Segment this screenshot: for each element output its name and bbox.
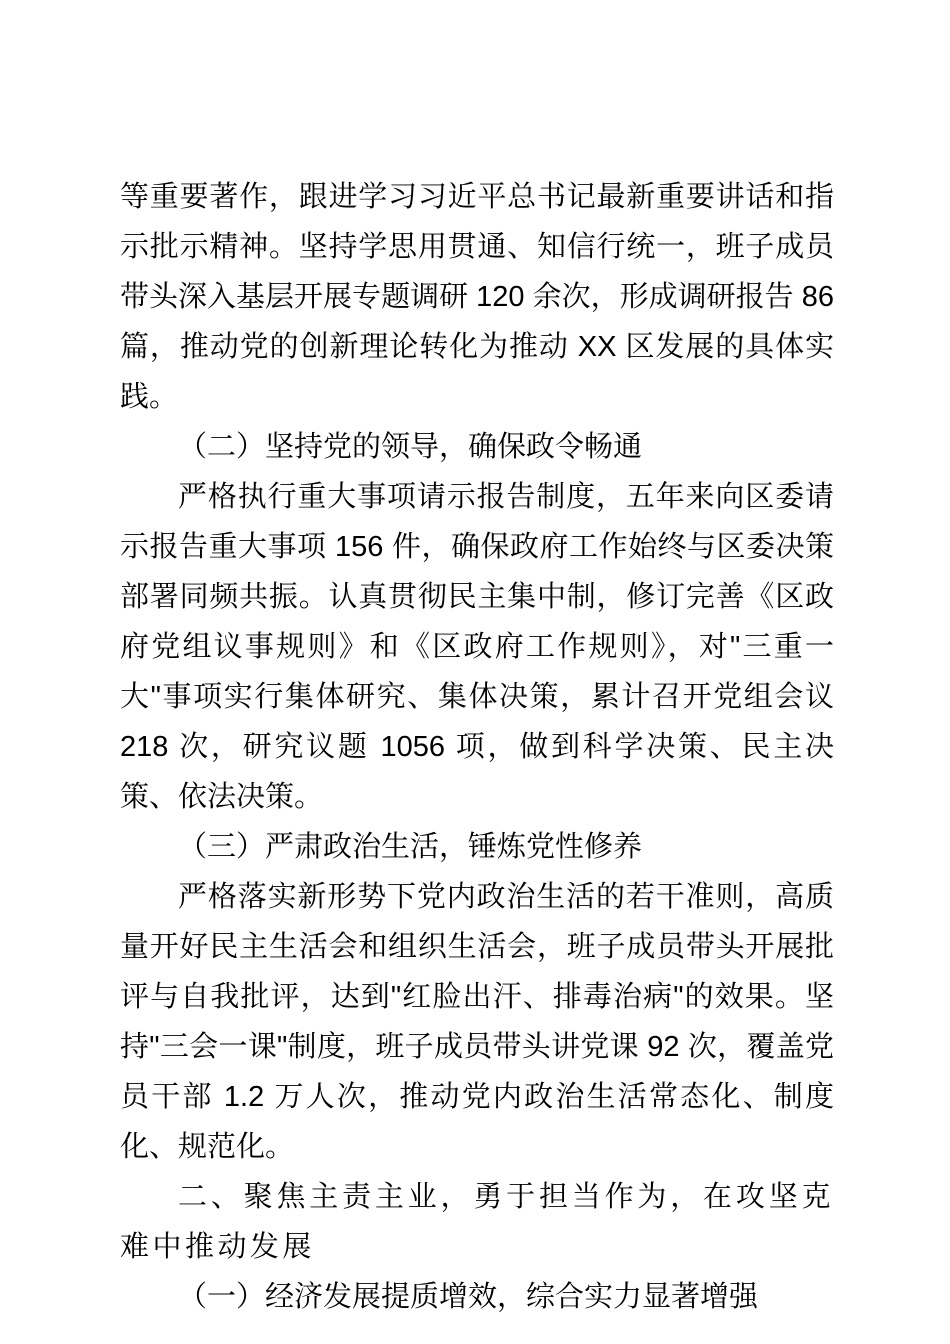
paragraph-body-political-life: 严格落实新形势下党内政治生活的若干准则，高质量开好民主生活会和组织生活会，班子成…: [120, 872, 834, 1172]
document-text-block: 等重要著作，跟进学习习近平总书记最新重要讲话和指示批示精神。坚持学思用贯通、知信…: [120, 172, 834, 1322]
heading-section-2: 二、聚焦主责主业，勇于担当作为，在攻坚克难中推动发展: [120, 1172, 834, 1272]
heading-subsection-2: （二）坚持党的领导，确保政令畅通: [120, 422, 834, 472]
heading-subsection-1: （一）经济发展提质增效，综合实力显著增强: [120, 1272, 834, 1322]
paragraph-body-party-leadership: 严格执行重大事项请示报告制度，五年来向区委请示报告重大事项 156 件，确保政府…: [120, 472, 834, 822]
heading-subsection-3: （三）严肃政治生活，锤炼党性修养: [120, 822, 834, 872]
paragraph-body-continuation: 等重要著作，跟进学习习近平总书记最新重要讲话和指示批示精神。坚持学思用贯通、知信…: [120, 172, 834, 422]
document-page: 等重要著作，跟进学习习近平总书记最新重要讲话和指示批示精神。坚持学思用贯通、知信…: [0, 0, 950, 1344]
